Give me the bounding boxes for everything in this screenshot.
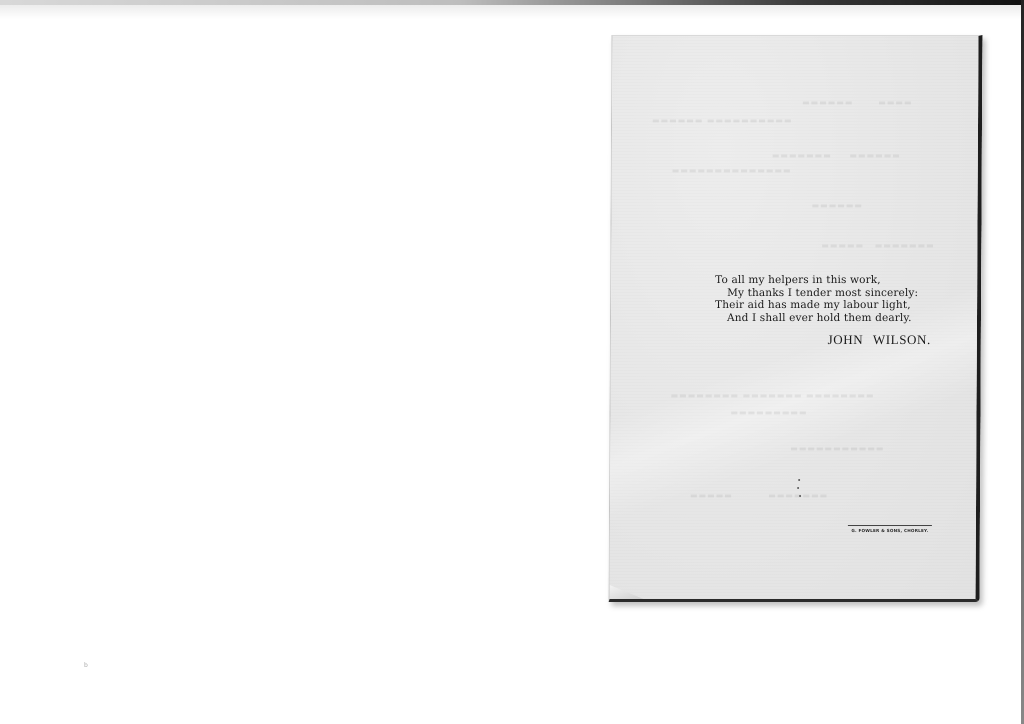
ink-speck — [798, 479, 800, 481]
show-through-text: ▬▬▬▬▬▬▬ ▬▬▬▬▬▬ — [772, 151, 901, 160]
corner-fold — [610, 585, 644, 599]
poem-line: Their aid has made my labour light, — [715, 299, 918, 312]
poem-line: My thanks I tender most sincerely: — [715, 287, 918, 300]
show-through-text: ▬▬▬▬▬▬▬▬ ▬▬▬▬▬▬▬ ▬▬▬▬▬▬▬▬ — [671, 391, 875, 400]
printer-imprint: G. FOWLER & SONS, CHORLEY. — [848, 528, 932, 533]
show-through-text: ▬▬▬▬▬▬ — [812, 201, 863, 210]
poem-line: To all my helpers in this work, — [715, 274, 918, 287]
show-through-text: ▬▬▬▬▬▬ ▬▬▬▬ — [802, 98, 912, 107]
scan-canvas: b ▬▬▬▬▬▬ ▬▬▬▬ ▬▬▬▬▬▬ ▬▬▬▬▬▬▬▬▬▬ ▬▬▬▬▬▬▬ … — [0, 0, 1024, 724]
stray-mark: b — [84, 662, 88, 669]
dedication-poem: To all my helpers in this work, My thank… — [715, 274, 918, 324]
poem-line: And I shall ever hold them dearly. — [715, 312, 918, 325]
show-through-text: ▬▬▬▬▬ ▬▬▬▬▬▬▬ — [690, 491, 828, 500]
show-through-text: ▬▬▬▬▬▬ ▬▬▬▬▬▬▬▬▬▬ — [652, 116, 793, 125]
ink-speck — [797, 487, 799, 489]
imprint-rule — [848, 525, 932, 526]
scanner-top-shadow — [0, 5, 1024, 19]
show-through-text: ▬▬▬▬▬ ▬▬▬▬▬▬▬ — [821, 241, 934, 250]
booklet-page: ▬▬▬▬▬▬ ▬▬▬▬ ▬▬▬▬▬▬ ▬▬▬▬▬▬▬▬▬▬ ▬▬▬▬▬▬▬ ▬▬… — [609, 35, 983, 602]
author-signature: JOHN WILSON. — [828, 332, 931, 348]
show-through-text: ▬▬▬▬▬▬▬▬▬▬▬ — [790, 444, 884, 453]
ink-speck — [799, 495, 801, 497]
show-through-text: ▬▬▬▬▬▬▬▬▬▬▬▬▬▬ — [672, 166, 792, 175]
show-through-text: ▬▬▬▬▬▬▬▬▬ — [730, 408, 807, 417]
